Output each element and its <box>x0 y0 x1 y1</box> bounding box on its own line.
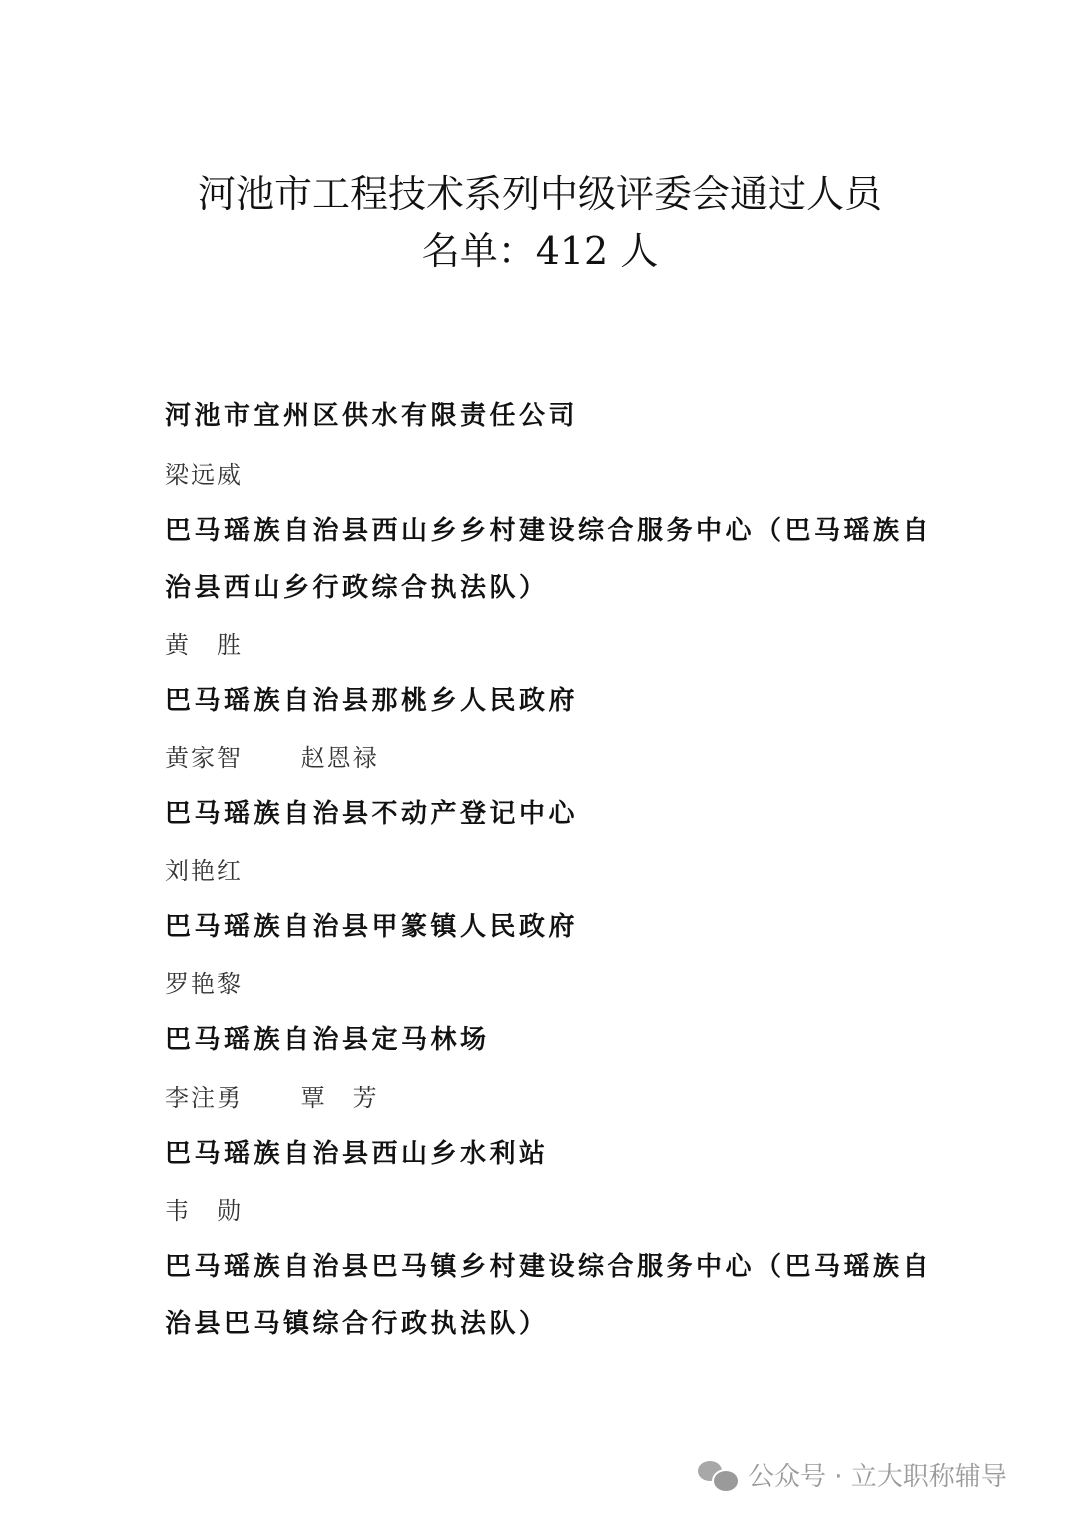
org-name: 巴马瑶族自治县那桃乡人民政府 <box>165 680 578 717</box>
person-name-list: 黄家智 赵恩禄 <box>165 738 379 773</box>
person-name: 覃 芳 <box>301 1078 379 1113</box>
org-name-continued: 治县巴马镇综合行政执法队） <box>165 1303 549 1340</box>
person-name-list: 李注勇 覃 芳 <box>165 1078 379 1113</box>
org-name-continued: 治县西山乡行政综合执法队） <box>165 567 549 604</box>
person-name: 韦 勋 <box>165 1191 243 1226</box>
person-name: 梁远威 <box>165 455 243 490</box>
org-name: 河池市宜州区供水有限责任公司 <box>165 395 578 432</box>
person-name: 赵恩禄 <box>301 738 379 773</box>
person-name: 黄 胜 <box>165 625 243 660</box>
org-name: 巴马瑶族自治县甲篆镇人民政府 <box>165 906 578 943</box>
document-title-line2: 名单：412 人 <box>0 220 1080 275</box>
watermark-text: 公众号 · 立大职称辅导 <box>748 1456 1007 1493</box>
org-name: 巴马瑶族自治县巴马镇乡村建设综合服务中心（巴马瑶族自 <box>165 1246 932 1283</box>
person-name: 罗艳黎 <box>165 964 243 999</box>
org-name: 巴马瑶族自治县定马林场 <box>165 1019 490 1056</box>
watermark: 公众号 · 立大职称辅导 <box>698 1456 1007 1493</box>
person-name-list: 黄 胜 <box>165 625 243 660</box>
org-name: 巴马瑶族自治县西山乡水利站 <box>165 1133 549 1170</box>
org-name: 巴马瑶族自治县不动产登记中心 <box>165 793 578 830</box>
person-name-list: 韦 勋 <box>165 1191 243 1226</box>
person-name: 刘艳红 <box>165 851 243 886</box>
document-title-line1: 河池市工程技术系列中级评委会通过人员 <box>0 163 1080 218</box>
person-name-list: 梁远威 <box>165 455 243 490</box>
wechat-icon <box>698 1459 738 1491</box>
org-name: 巴马瑶族自治县西山乡乡村建设综合服务中心（巴马瑶族自 <box>165 510 932 547</box>
person-name: 李注勇 <box>165 1078 243 1113</box>
person-name-list: 刘艳红 <box>165 851 243 886</box>
person-name: 黄家智 <box>165 738 243 773</box>
person-name-list: 罗艳黎 <box>165 964 243 999</box>
